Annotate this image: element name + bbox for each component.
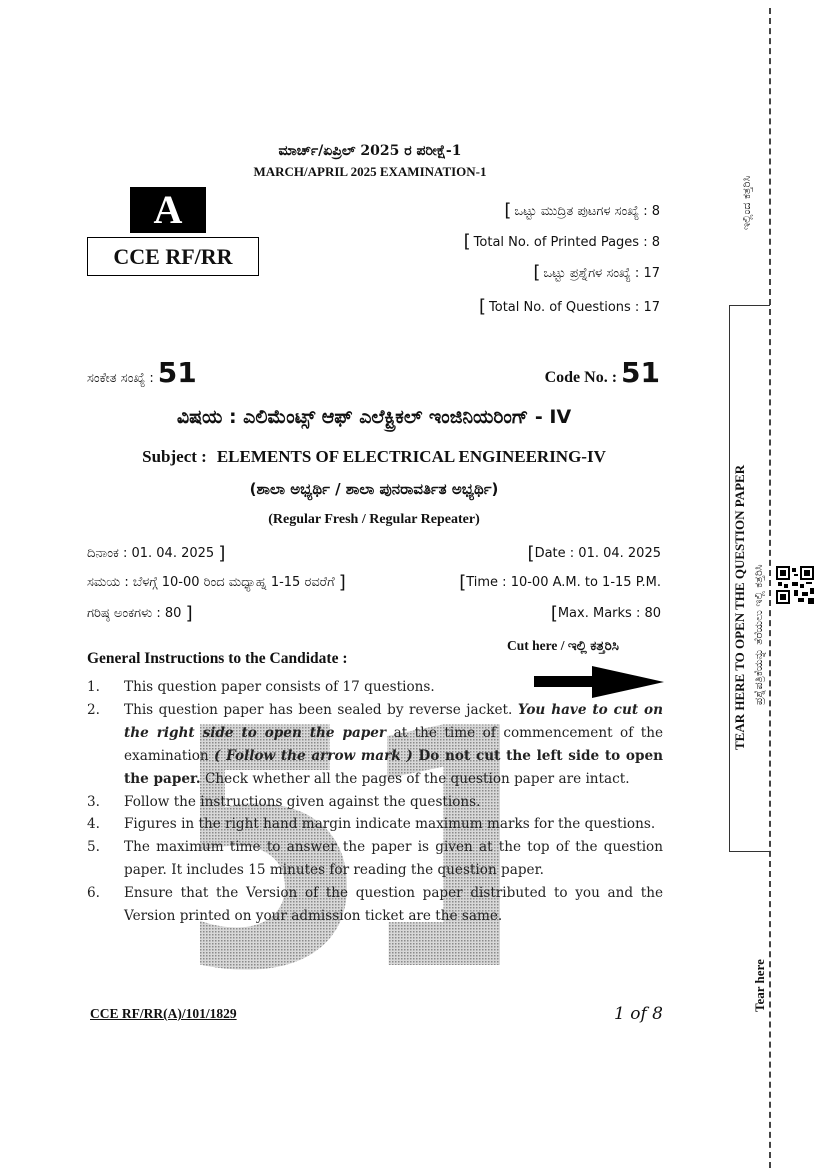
total-questions-english: [Total No. of Questions : 17 [479,296,660,317]
instruction-item: 4.Figures in the right hand margin indic… [87,813,663,836]
subject-kannada: ವಿಷಯ : ಎಲಿಮೆಂಟ್ಸ್ ಆಫ್ ಎಲೆಕ್ಟ್ರಿಕಲ್ ಇಂಜಿನ… [87,406,661,428]
candidate-category-kannada: (ಶಾಲಾ ಅಭ್ಯರ್ಥಿ / ಶಾಲಾ ಪುನರಾವರ್ತಿತ ಅಭ್ಯರ್… [87,480,661,498]
date-kannada: ದಿನಾಂಕ : 01. 04. 2025 ] [87,543,225,564]
candidate-category-english: (Regular Fresh / Regular Repeater) [87,512,661,528]
paper-reference-code: CCE RF/RR(A)/101/1829 [90,1006,237,1022]
date-row: ದಿನಾಂಕ : 01. 04. 2025 ] [Date : 01. 04. … [87,543,661,564]
printed-pages-english: [Total No. of Printed Pages : 8 [464,231,660,252]
scheme-box: CCE RF/RR [87,237,259,276]
tear-instruction-kannada: ಪ್ರಶ್ನೆಪತ್ರಿಕೆಯನ್ನು ತೆರೆಯಲು ಇಲ್ಲಿ ಕತ್ತರಿ… [752,564,766,705]
marks-kannada: ಗರಿಷ್ಠ ಅಂಕಗಳು : 80 ] [87,603,193,624]
instruction-item: 3.Follow the instructions given against … [87,791,663,814]
marks-row: ಗರಿಷ್ಠ ಅಂಕಗಳು : 80 ] [Max. Marks : 80 [87,603,661,624]
instruction-item: 1.This question paper consists of 17 que… [87,676,663,699]
exam-title-english: MARCH/APRIL 2025 EXAMINATION-1 [0,164,740,180]
instruction-item: 6.Ensure that the Version of the questio… [87,882,663,928]
total-questions-kannada: [ಒಟ್ಟು ಪ್ರಶ್ನೆಗಳ ಸಂಖ್ಯೆ : 17 [533,262,660,283]
instruction-item: 2.This question paper has been sealed by… [87,699,663,791]
instruction-item: 5.The maximum time to answer the paper i… [87,836,663,882]
cut-here-label: Cut here / ಇಲ್ಲಿ ಕತ್ತರಿಸಿ [507,638,619,654]
tear-instruction-english: TEAR HERE TO OPEN THE QUESTION PAPER [732,465,748,750]
time-row: ಸಮಯ : ಬೆಳಗ್ಗೆ 10-00 ರಿಂದ ಮಧ್ಯಾಹ್ನ 1-15 ರ… [87,572,661,593]
code-number-english: Code No. :51 [545,356,660,389]
version-badge: A [130,187,206,233]
date-english: [Date : 01. 04. 2025 [528,543,661,564]
exam-title-kannada: ಮಾರ್ಚ್/ಏಪ್ರಿಲ್ 2025 ರ ಪರೀಕ್ಷೆ-1 [0,143,740,159]
time-english: [Time : 10-00 A.M. to 1-15 P.M. [459,572,661,593]
tear-here-label: Tear here [752,959,768,1012]
code-number-kannada: ಸಂಕೇತ ಸಂಖ್ಯೆ :51 [87,356,197,389]
instructions-list: 1.This question paper consists of 17 que… [87,676,663,928]
time-kannada: ಸಮಯ : ಬೆಳಗ್ಗೆ 10-00 ರಿಂದ ಮಧ್ಯಾಹ್ನ 1-15 ರ… [87,572,346,593]
marks-english: [Max. Marks : 80 [551,603,661,624]
page-number: 1 of 8 [614,1004,663,1024]
subject-english: Subject :ELEMENTS OF ELECTRICAL ENGINEER… [87,447,661,467]
qr-code-icon [776,566,814,604]
cut-here-side-kannada: ಇಲ್ಲಿಂದ ಕತ್ತರಿಸಿ [740,176,754,230]
instructions-title: General Instructions to the Candidate : [87,650,347,668]
printed-pages-kannada: [ಒಟ್ಟು ಮುದ್ರಿತ ಪುಟಗಳ ಸಂಖ್ಯೆ : 8 [504,200,660,221]
